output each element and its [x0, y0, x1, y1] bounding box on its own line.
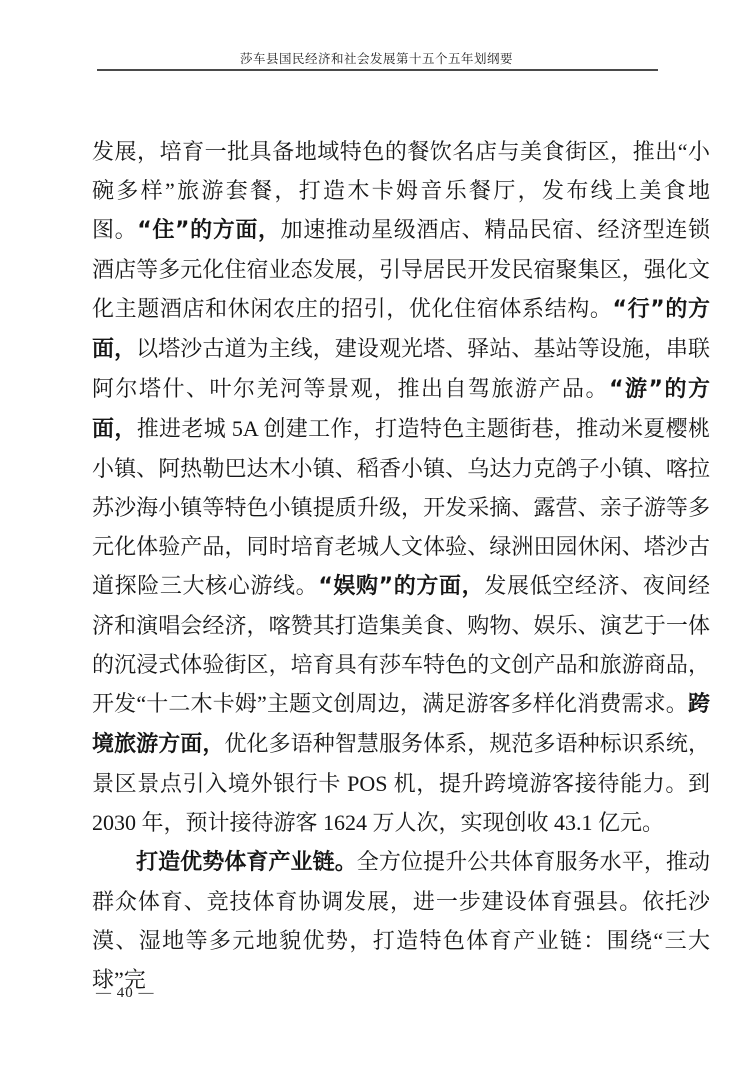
- text-run-bold-yugou: “娱购”的方面，: [318, 574, 484, 599]
- header-rule: [97, 69, 658, 71]
- paragraph-sports: 打造优势体育产业链。全方位提升公共体育服务水平，推动群众体育、竞技体育协调发展，…: [92, 842, 710, 999]
- document-body: 发展，培育一批具备地域特色的餐饮名店与美食街区，推出“小碗多样”旅游套餐，打造木…: [92, 132, 710, 999]
- paragraph-tourism: 发展，培育一批具备地域特色的餐饮名店与美食街区，推出“小碗多样”旅游套餐，打造木…: [92, 132, 710, 842]
- text-run-bold-sports-chain: 打造优势体育产业链。: [136, 850, 357, 875]
- document-page: 莎车县国民经济和社会发展第十五个五年划纲要 发展，培育一批具备地域特色的餐饮名店…: [0, 0, 753, 1066]
- page-number: — 40 —: [96, 985, 155, 1002]
- text-run: 推进老城 5A 创建工作，打造特色主题街巷，推动米夏樱桃小镇、阿热勒巴达木小镇、…: [92, 416, 710, 598]
- text-run-bold-zhu: “住”的方面，: [137, 218, 280, 243]
- page-header-title: 莎车县国民经济和社会发展第十五个五年划纲要: [0, 49, 753, 67]
